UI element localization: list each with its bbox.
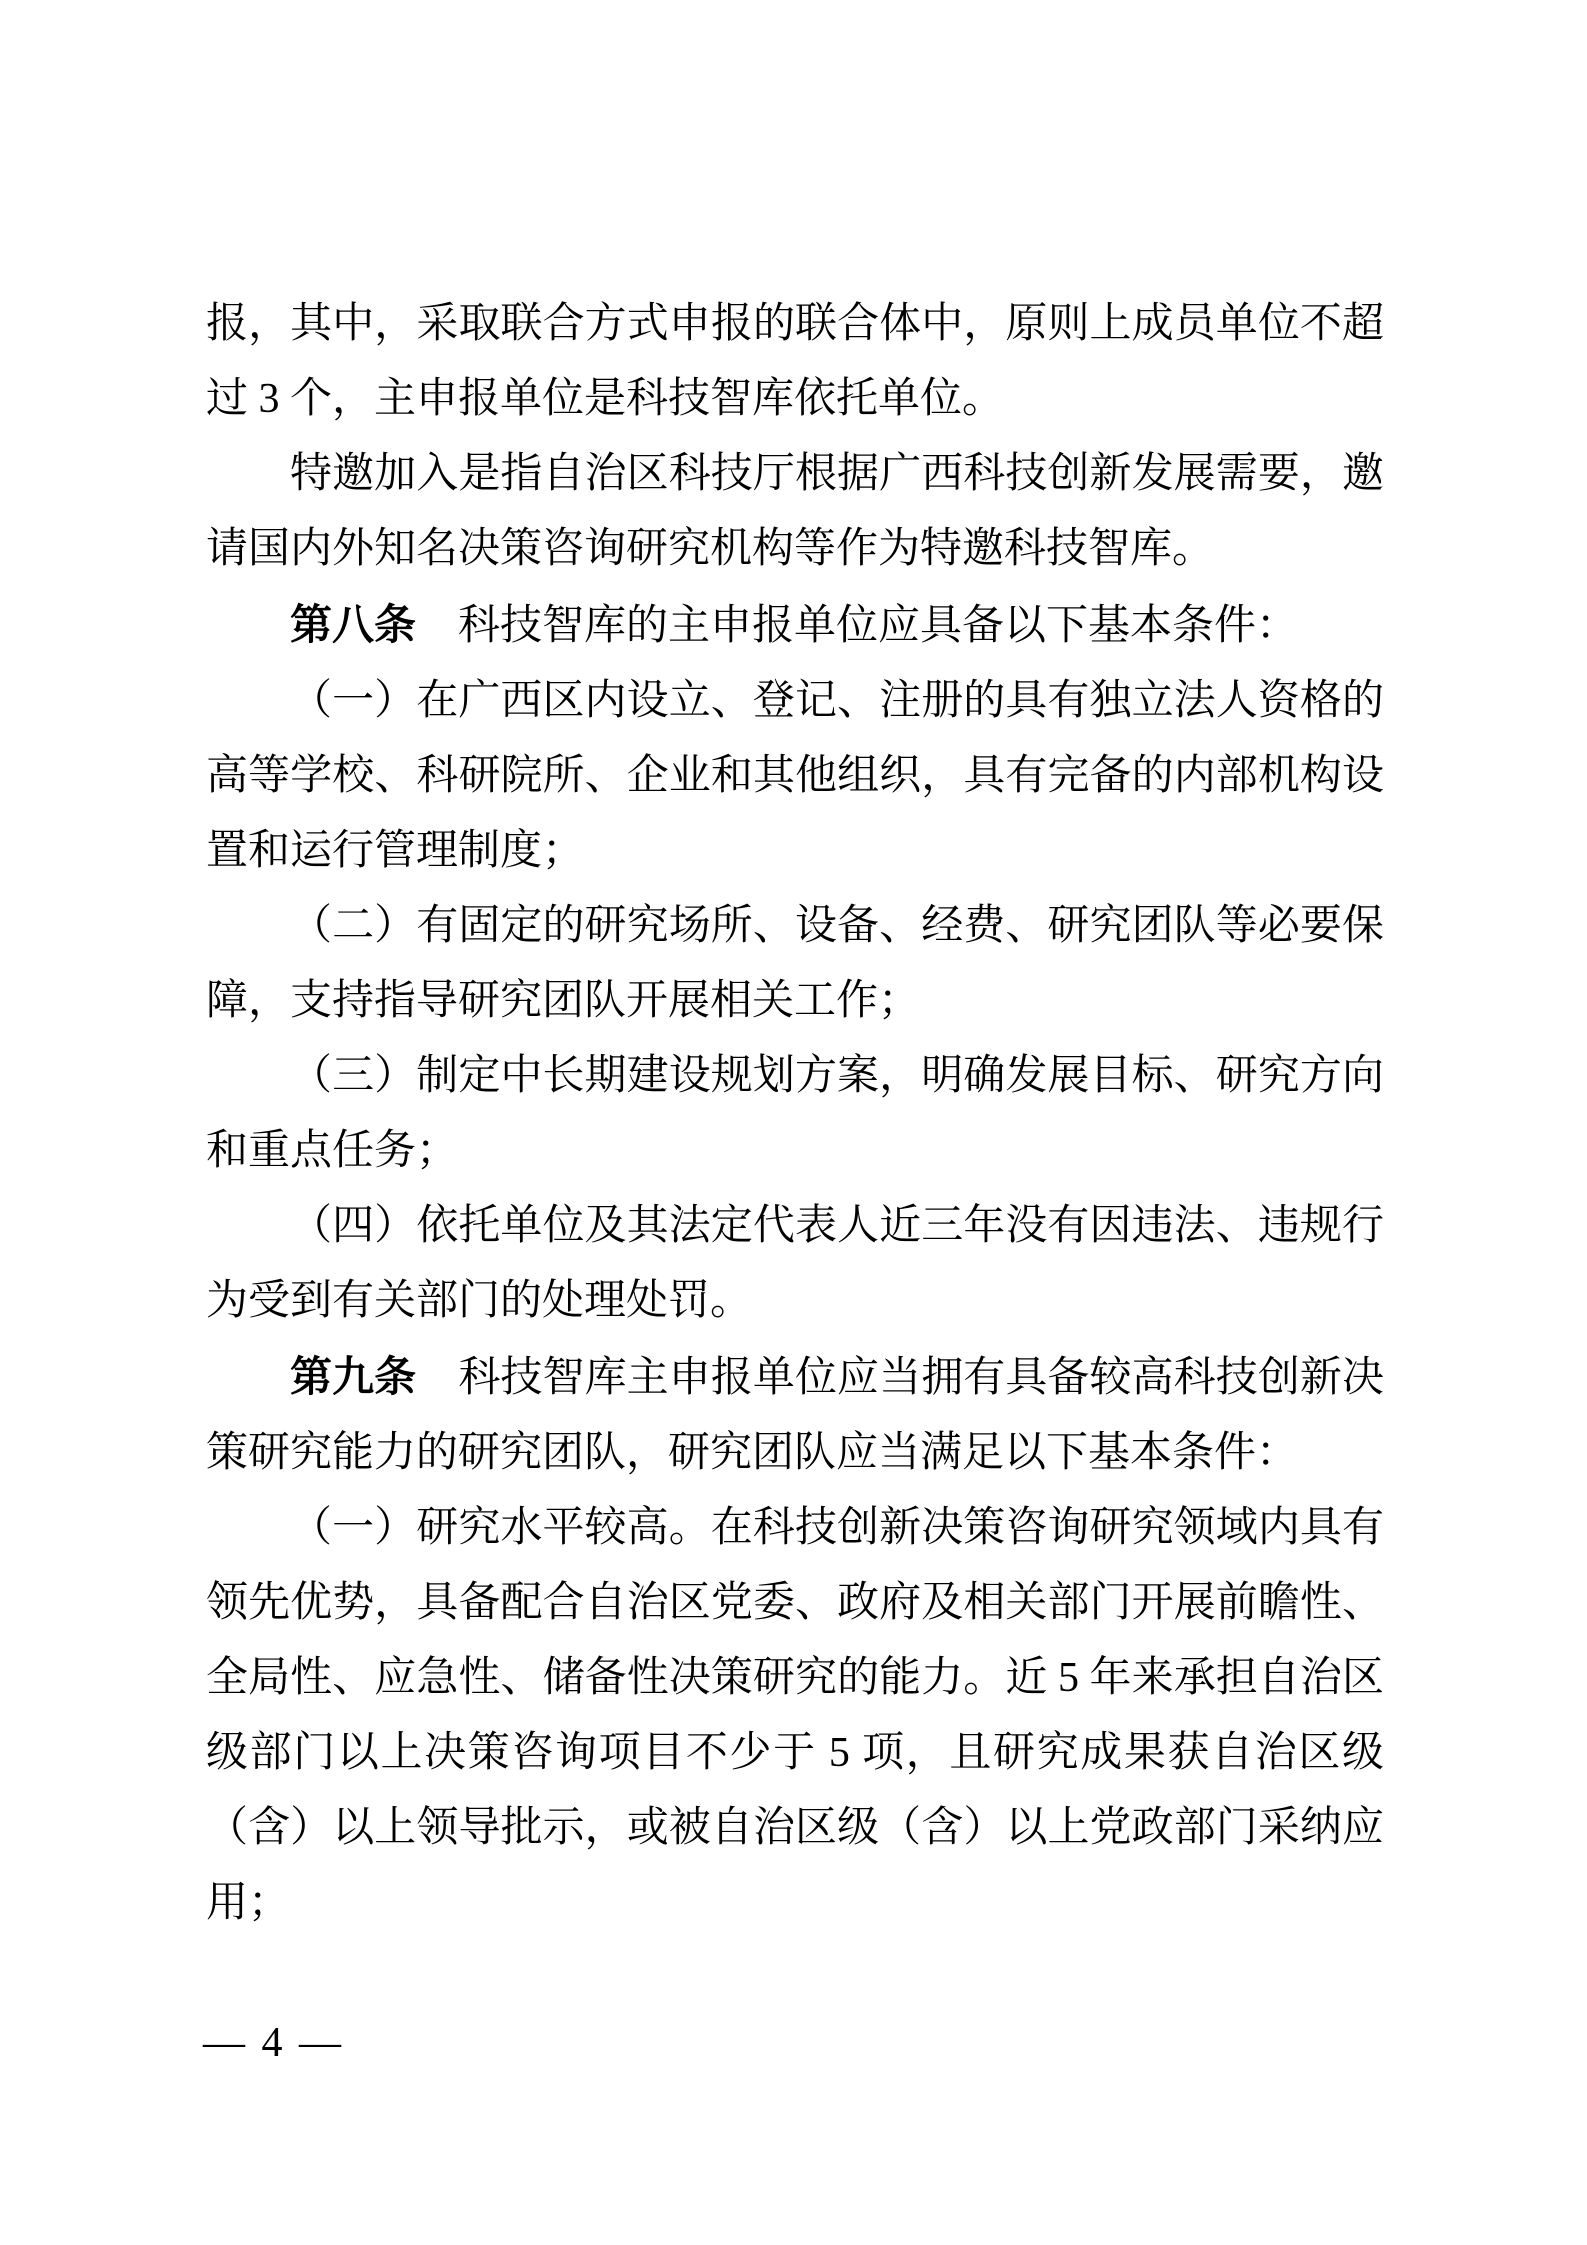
paragraph-text: 科技智库的主申报单位应具备以下基本条件： [416, 603, 1298, 649]
article-8-heading: 第八条 [290, 601, 416, 648]
paragraph-continuation: 报，其中，采取联合方式申报的联合体中，原则上成员单位不超过 3 个，主申报单位是… [206, 287, 1384, 437]
paragraph-article-8-item-4: （四）依托单位及其法定代表人近三年没有因违法、违规行为受到有关部门的处理处罚。 [206, 1189, 1384, 1339]
document-page: 报，其中，采取联合方式申报的联合体中，原则上成员单位不超过 3 个，主申报单位是… [0, 0, 1587, 2245]
paragraph-text: （一）在广西区内设立、登记、注册的具有独立法人资格的高等学校、科研院所、企业和其… [206, 678, 1384, 874]
paragraph-text: 报，其中，采取联合方式申报的联合体中，原则上成员单位不超过 3 个，主申报单位是… [206, 301, 1384, 422]
paragraph-text: （三）制定中长期建设规划方案，明确发展目标、研究方向和重点任务； [206, 1053, 1384, 1174]
paragraph-article-8: 第八条 科技智库的主申报单位应具备以下基本条件： [206, 587, 1384, 664]
paragraph-article-9-item-1: （一）研究水平较高。在科技创新决策咨询研究领域内具有领先优势，具备配合自治区党委… [206, 1491, 1384, 1941]
paragraph-special-invite: 特邀加入是指自治区科技厅根据广西科技创新发展需要，邀请国内外知名决策咨询研究机构… [206, 437, 1384, 587]
body-text: 报，其中，采取联合方式申报的联合体中，原则上成员单位不超过 3 个，主申报单位是… [206, 287, 1384, 1941]
page-number: — 4 — [203, 2020, 344, 2066]
paragraph-text: （四）依托单位及其法定代表人近三年没有因违法、违规行为受到有关部门的处理处罚。 [206, 1203, 1384, 1324]
article-9-heading: 第九条 [290, 1353, 416, 1400]
paragraph-text: 特邀加入是指自治区科技厅根据广西科技创新发展需要，邀请国内外知名决策咨询研究机构… [206, 451, 1384, 572]
paragraph-article-8-item-2: （二）有固定的研究场所、设备、经费、研究团队等必要保障，支持指导研究团队开展相关… [206, 889, 1384, 1039]
paragraph-article-9: 第九条 科技智库主申报单位应当拥有具备较高科技创新决策研究能力的研究团队，研究团… [206, 1339, 1384, 1491]
paragraph-article-8-item-3: （三）制定中长期建设规划方案，明确发展目标、研究方向和重点任务； [206, 1039, 1384, 1189]
paragraph-article-8-item-1: （一）在广西区内设立、登记、注册的具有独立法人资格的高等学校、科研院所、企业和其… [206, 664, 1384, 889]
paragraph-text: （一）研究水平较高。在科技创新决策咨询研究领域内具有领先优势，具备配合自治区党委… [206, 1505, 1384, 1926]
page-number-footer: — 4 — [203, 2012, 344, 2074]
paragraph-text: （二）有固定的研究场所、设备、经费、研究团队等必要保障，支持指导研究团队开展相关… [206, 903, 1384, 1024]
